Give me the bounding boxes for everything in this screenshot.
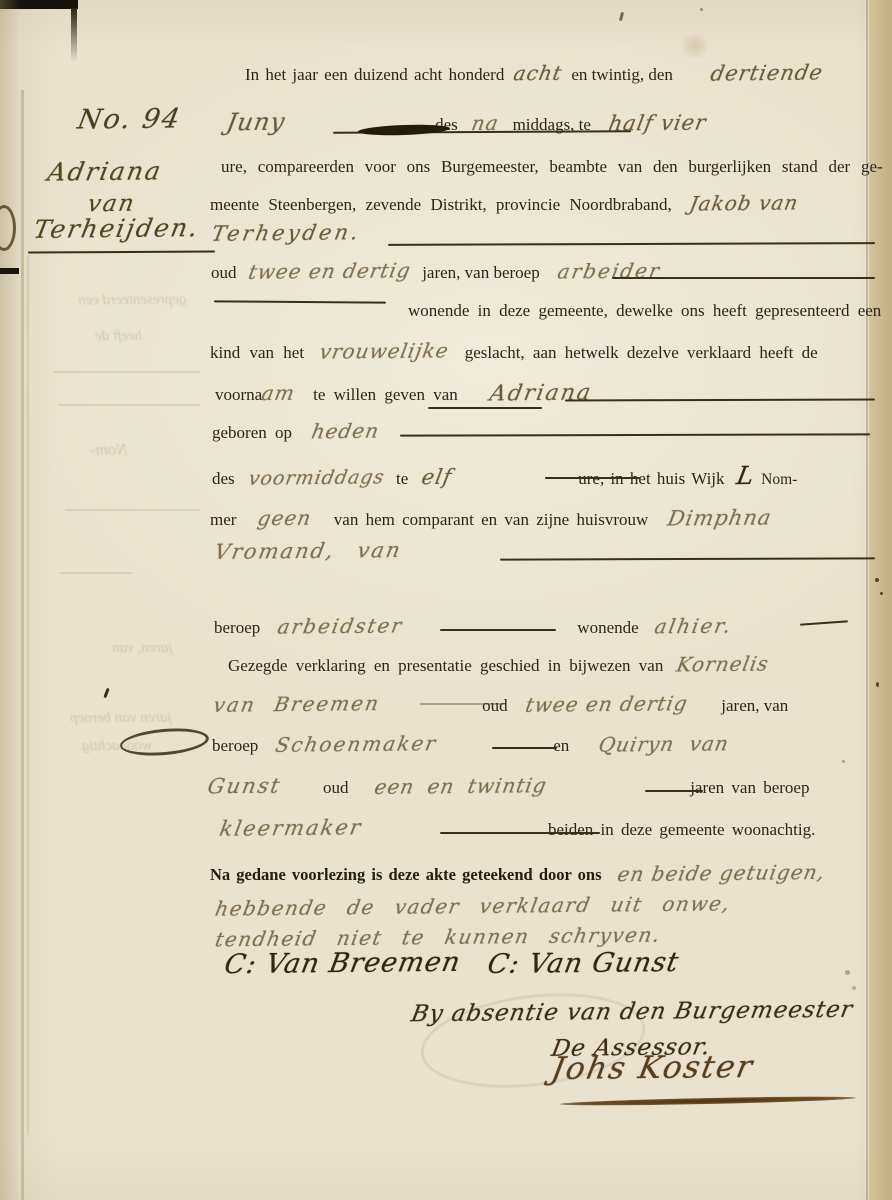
filler-rule-witness2-occ	[440, 832, 600, 834]
filler-rule-occupation-2	[440, 629, 556, 631]
margin-child-name-3: Terheijden.	[34, 217, 199, 245]
witness1-firstname-entry: Kornelis	[675, 652, 771, 677]
printed-jaren-beroep-2: jaren van beroep	[690, 778, 809, 797]
act-line-compareerden: ure, compareerden voor ons Burgemeester,…	[221, 155, 883, 180]
act-line-mother-surname: Vromand, van	[215, 539, 402, 566]
witness2-firstname-entry: Quiryn van	[597, 731, 732, 756]
left-page-crease-2	[27, 255, 29, 1135]
house-number-entry: geen	[256, 506, 314, 531]
act-line-witness2: Gunst oud een en twintig jaren van beroe…	[208, 774, 809, 801]
margin-child-name-1: Adriana	[48, 160, 162, 188]
margin-act-number: No. 94	[78, 108, 181, 136]
printed-wonende-gemeente: wonende in deze gemeente, dewelke ons he…	[408, 301, 881, 320]
act-line-witness1: van Breemen oud twee en dertig jaren, va…	[214, 692, 788, 719]
act-line-closing: Na gedane voorlezing is deze akte geteek…	[210, 861, 824, 888]
bleed-through-text: Nom-	[90, 440, 128, 460]
child-name-text: Terheijden.	[32, 216, 202, 242]
filler-rule-residence	[800, 620, 848, 625]
bleed-through-text: heeft de	[95, 328, 142, 345]
voornaam-suffix-entry: am	[260, 381, 297, 405]
right-page-strip	[869, 0, 892, 1200]
filler-rule-wonende	[214, 300, 386, 303]
act-line-wonende: wonende in deze gemeente, dewelke ons he…	[408, 299, 881, 324]
bleed-through-rule	[60, 572, 132, 574]
printed-wonende-2: wonende	[577, 618, 638, 637]
filler-rule-mother	[500, 557, 875, 560]
act-line-witness2-occupation: kleermaker beiden in deze gemeente woona…	[220, 816, 815, 843]
act-line-house-number: mer geen van hem comparant en van zijne …	[210, 506, 772, 533]
act-line-father-age: oud twee en dertig jaren, van beroep arb…	[211, 259, 660, 286]
year-entry: acht	[512, 61, 565, 86]
printed-nommer-1: Nom-	[761, 471, 797, 488]
child-name-text: van	[86, 192, 138, 216]
printed-geboren-op: geboren op	[212, 423, 292, 442]
witness2-surname-entry: Gunst	[206, 774, 284, 799]
paper-speck	[875, 578, 879, 582]
printed-kind: kind van het	[210, 343, 304, 362]
printed-voorlezing: Na gedane voorlezing is deze akte geteek…	[210, 865, 602, 884]
witness1-surname-entry: van Breemen	[212, 691, 383, 717]
absentie-note-text: By absentie van den Burgemeester	[409, 998, 855, 1027]
ink-swash-showthrough	[119, 725, 210, 759]
closing-note-entry-1: en beide getuigen,	[615, 860, 827, 886]
paper-speck	[876, 682, 879, 687]
act-line-witnesses-intro: Gezegde verklaring en presentatie geschi…	[228, 652, 769, 679]
printed-nommer-2: mer	[210, 510, 236, 529]
printed-te-willen: te willen geven van	[313, 385, 458, 404]
act-line-mother-occupation: beroep arbeidster wonende alhier.	[214, 614, 732, 641]
mother-surname-entry: Vromand, van	[213, 538, 404, 564]
filler-rule-geboren	[400, 433, 870, 436]
act-line-month-time: Juny des na middags, te half vier	[227, 110, 706, 138]
official-signature-text: Johs Koster	[550, 1055, 756, 1081]
prev-page-margin-line	[0, 268, 19, 274]
printed-gezegde: Gezegde verklaring en presentatie geschi…	[228, 656, 663, 675]
filler-rule-witness1	[420, 703, 505, 705]
signature-flourish-underline	[560, 1095, 856, 1107]
birth-day-entry: heden	[310, 419, 382, 444]
foxing-dot	[845, 970, 850, 975]
act-line-voornaam: voornaam te willen geven van Adriana	[215, 381, 592, 408]
act-line-kind: kind van het vrouwelijke geslacht, aan h…	[210, 339, 818, 366]
printed-jaren-van: jaren, van	[721, 696, 788, 715]
father-age-entry: twee en dertig	[246, 258, 412, 284]
day-entry: dertiende	[709, 60, 826, 85]
right-page-crease	[866, 0, 868, 1200]
printed-voorna: voorna	[215, 385, 262, 404]
witness2-occupation-entry: kleermaker	[218, 815, 365, 840]
foxing-dot	[852, 986, 856, 990]
child-name-text: Adriana	[46, 159, 165, 184]
signature-row-witnesses: C: Van Breemen C: Van Gunst	[225, 952, 679, 980]
act-line-gemeente: meente Steenbergen, zevende Distrikt, pr…	[210, 191, 798, 218]
paper-speck	[842, 760, 845, 763]
printed-beiden: beiden in deze gemeente woonachtig.	[548, 820, 815, 839]
signature-official: Johs Koster	[552, 1056, 753, 1086]
mother-firstname-entry: Dimphna	[666, 505, 774, 530]
act-line-father-surname: Terheyden.	[212, 221, 361, 248]
father-surname-entry: Terheyden.	[210, 220, 363, 246]
left-binding-strip	[0, 0, 20, 1200]
bleed-through-rule	[65, 509, 200, 511]
act-line-birth-time: des voormiddags te elf ure, in het huis …	[212, 464, 797, 492]
birth-daypart-entry: voormiddags	[246, 465, 386, 490]
closing-note-entry-2: hebbende de vader verklaard uit onwe,	[213, 891, 732, 920]
act-line-witness1-occupation: beroep Schoenmaker en Quiryn van	[212, 732, 729, 759]
month-entry: Juny	[225, 110, 288, 135]
mother-residence-entry: alhier.	[652, 614, 734, 639]
paper-stain	[678, 34, 712, 58]
act-number-text: No. 94	[76, 107, 184, 132]
father-occupation-entry: arbeider	[555, 258, 662, 283]
father-name-entry: Jakob van	[687, 190, 800, 215]
top-left-corner-vertical	[71, 8, 77, 62]
act-line-closing-2: hebbende de vader verklaard uit onwe,	[216, 894, 730, 921]
signature-witness2: C: Van Gunst	[486, 951, 681, 977]
ink-tick	[103, 688, 109, 698]
printed-oud-2: oud	[482, 696, 508, 715]
signature-absentie-note: By absentie van den Burgemeester	[412, 1000, 852, 1027]
birth-hour-entry: elf	[420, 465, 454, 489]
printed-compareerden: ure, compareerden voor ons Burgemeester,…	[221, 157, 883, 176]
filler-rule-hour	[545, 477, 640, 479]
witness1-age-entry: twee en dertig	[523, 691, 689, 717]
printed-geslacht: geslacht, aan hetwelk dezelve verklaard …	[465, 343, 818, 362]
printed-oud-3: oud	[323, 778, 349, 797]
ink-fleck	[619, 12, 624, 21]
child-gender-entry: vrouwelijke	[318, 338, 451, 363]
bleed-through-text: gepresenteerd een	[78, 292, 187, 310]
witness1-occupation-entry: Schoenmaker	[274, 731, 440, 757]
margin-underline	[28, 251, 215, 253]
filler-rule-witness2-age	[645, 790, 703, 792]
printed-des-2: des	[212, 469, 235, 488]
left-page-crease	[21, 90, 24, 1200]
filler-rule-witness1-occ	[492, 747, 557, 749]
filler-rule-name	[565, 398, 875, 401]
act-line-geboren: geboren op heden	[212, 419, 379, 446]
bleed-through-rule	[53, 371, 200, 373]
act-line-year: In het jaar een duizend acht honderd ach…	[245, 61, 823, 88]
printed-gemeente: meente Steenbergen, zevende Distrikt, pr…	[210, 195, 672, 214]
printed-beroep-1: beroep	[214, 618, 260, 637]
house-wijk-entry: L	[734, 464, 756, 488]
filler-rule-occupation	[612, 277, 875, 279]
paper-speck	[880, 592, 883, 595]
child-name-underline	[428, 407, 542, 409]
printed-intro-2: en twintig, den	[571, 65, 673, 84]
printed-en: en	[553, 736, 569, 755]
bleed-through-text: jaren, van	[112, 640, 172, 657]
printed-oud: oud	[211, 263, 237, 282]
child-firstname-entry: Adriana	[487, 381, 594, 406]
bleed-through-text: jaren van beroep	[70, 710, 171, 728]
printed-comparant: van hem comparant en van zijne huisvrouw	[334, 510, 648, 529]
printed-jaren-beroep: jaren, van beroep	[422, 263, 540, 282]
printed-te: te	[396, 469, 408, 488]
printed-beroep-2: beroep	[212, 736, 258, 755]
mother-occupation-entry: arbeidster	[276, 613, 406, 638]
signature-witness1: C: Van Breemen	[223, 951, 463, 977]
bleed-through-rule	[58, 404, 200, 406]
filler-rule-father	[388, 242, 875, 246]
birth-record-page: gepresenteerd een heeft de Nom- jaren, v…	[0, 0, 892, 1200]
witness2-age-entry: een en twintig	[372, 773, 548, 799]
paper-speck	[700, 8, 703, 11]
printed-intro: In het jaar een duizend acht honderd	[245, 65, 504, 84]
